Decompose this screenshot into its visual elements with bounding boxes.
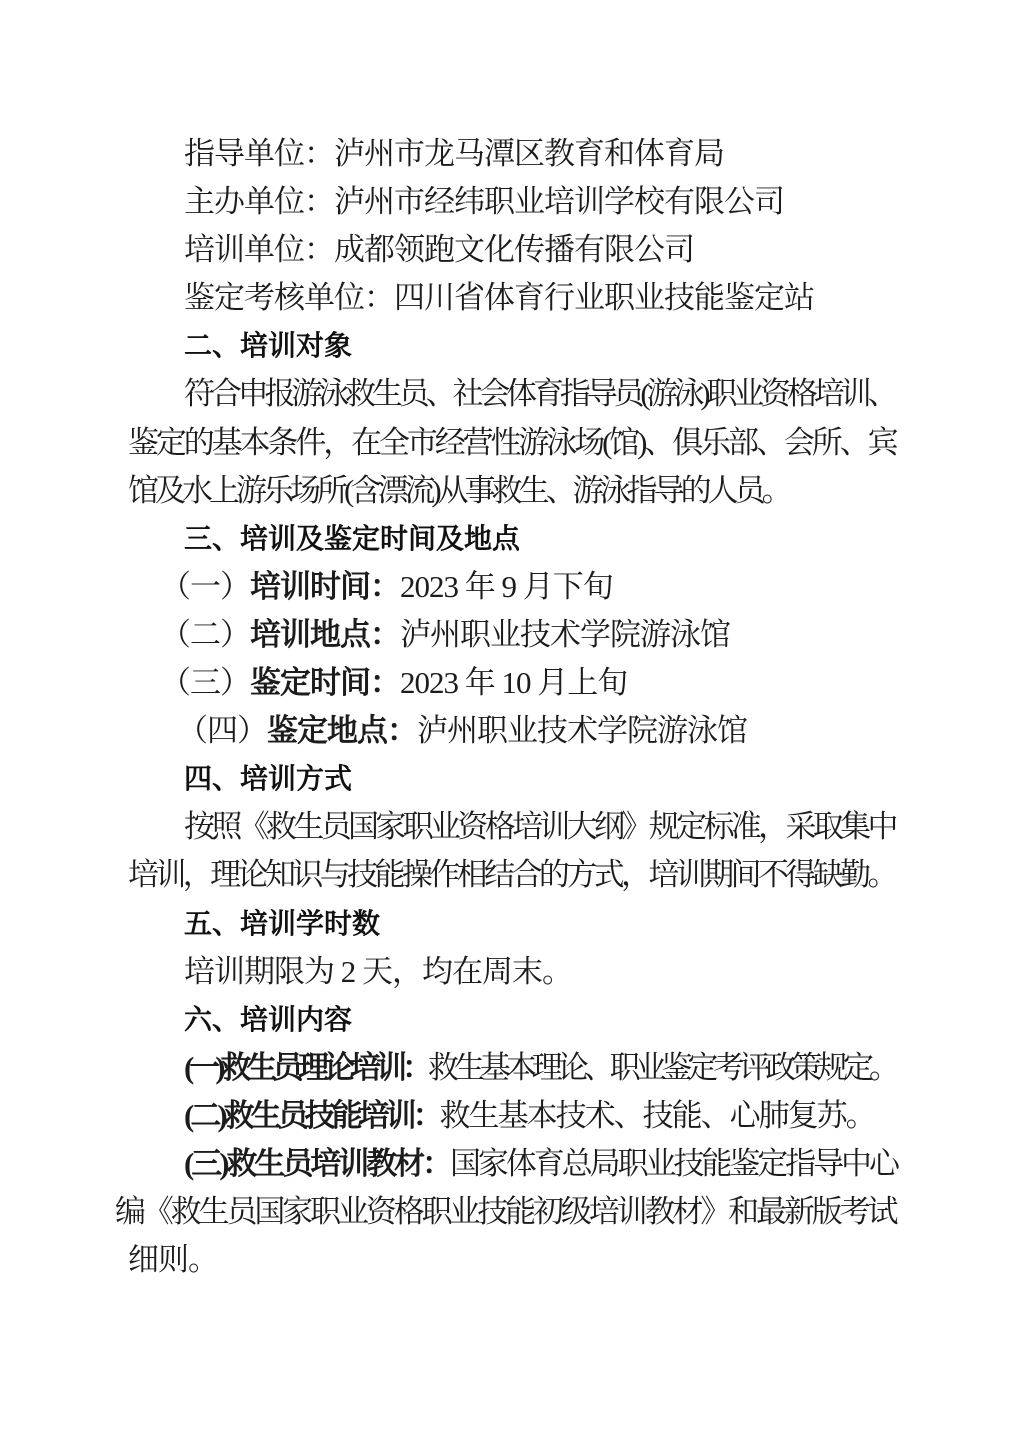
content-item-skill-training: (二)救生员技能培训：救生基本技术、技能、心肺复苏。 [128,1092,894,1140]
section-3-heading: 三、培训及鉴定时间及地点 [128,515,894,563]
training-duration-line: 培训期限为 2 天，均在周末。 [128,948,894,996]
item-label: (一)救生员理论培训： [184,1050,428,1085]
item-label: (二)救生员技能培训： [184,1098,440,1133]
item-prefix: （四） [177,713,267,748]
item-value: 救生基本技术、技能、心肺复苏。 [440,1098,875,1133]
item-prefix: （二） [160,617,250,652]
document-page: 指导单位：泸州市龙马潭区教育和体育局 主办单位：泸州市经纬职业培训学校有限公司 … [0,0,1024,1448]
training-target-paragraph-line-2: 鉴定的基本条件，在全市经营性游泳场(馆)、俱乐部、会所、宾 [128,419,894,467]
section-6-heading: 六、培训内容 [128,996,894,1044]
guide-unit-line: 指导单位：泸州市龙马潭区教育和体育局 [128,130,894,178]
schedule-item-assessment-time: （三）鉴定时间：2023 年 10 月上旬 [128,659,894,707]
schedule-item-assessment-place: （四）鉴定地点：泸州职业技术学院游泳馆 [128,707,894,755]
assessment-unit-line: 鉴定考核单位：四川省体育行业职业技能鉴定站 [128,274,894,322]
section-2-heading: 二、培训对象 [128,322,894,370]
training-unit-line: 培训单位：成都领跑文化传播有限公司 [128,226,894,274]
item-value: 2023 年 9 月下旬 [400,569,613,604]
item-value: 救生基本理论、职业鉴定考评政策规定。 [428,1050,894,1085]
textbook-paragraph-line-2: 编《救生员国家职业资格职业技能初级培训教材》和最新版考试 [115,1188,894,1236]
item-value: 泸州职业技术学院游泳馆 [400,617,730,652]
item-prefix: （一） [160,569,250,604]
item-value: 2023 年 10 月上旬 [400,665,627,700]
training-target-paragraph-line-3: 馆及水上游乐场所(含漂流)从事救生、游泳指导的人员。 [128,467,894,515]
section-4-heading: 四、培训方式 [128,755,894,803]
content-item-training-textbook: (三)救生员培训教材：国家体育总局职业技能鉴定指导中心 [128,1140,894,1188]
schedule-item-training-place: （二）培训地点：泸州职业技术学院游泳馆 [128,611,894,659]
item-label: 鉴定时间： [250,665,400,700]
training-method-paragraph-line-1: 按照《救生员国家职业资格培训大纲》规定标准，采取集中 [128,803,894,851]
item-label: 鉴定地点： [267,713,417,748]
training-method-paragraph-line-2: 培训，理论知识与技能操作相结合的方式，培训期间不得缺勤。 [128,851,894,899]
item-label: 培训地点： [250,617,400,652]
text-column: 指导单位：泸州市龙马潭区教育和体育局 主办单位：泸州市经纬职业培训学校有限公司 … [128,130,894,1284]
item-label: (三)救生员培训教材： [184,1146,450,1181]
content-item-theory-training: (一)救生员理论培训：救生基本理论、职业鉴定考评政策规定。 [128,1044,894,1092]
training-target-paragraph-line-1: 符合申报游泳救生员、社会体育指导员(游泳)职业资格培训、 [128,370,894,418]
item-prefix: （三） [160,665,250,700]
item-label: 培训时间： [250,569,400,604]
section-5-heading: 五、培训学时数 [128,900,894,948]
organizer-unit-line: 主办单位：泸州市经纬职业培训学校有限公司 [128,178,894,226]
item-value: 国家体育总局职业技能鉴定指导中心 [450,1146,894,1181]
schedule-item-training-time: （一）培训时间：2023 年 9 月下旬 [128,563,894,611]
item-value: 泸州职业技术学院游泳馆 [417,713,747,748]
textbook-paragraph-line-3: 细则。 [128,1236,894,1284]
